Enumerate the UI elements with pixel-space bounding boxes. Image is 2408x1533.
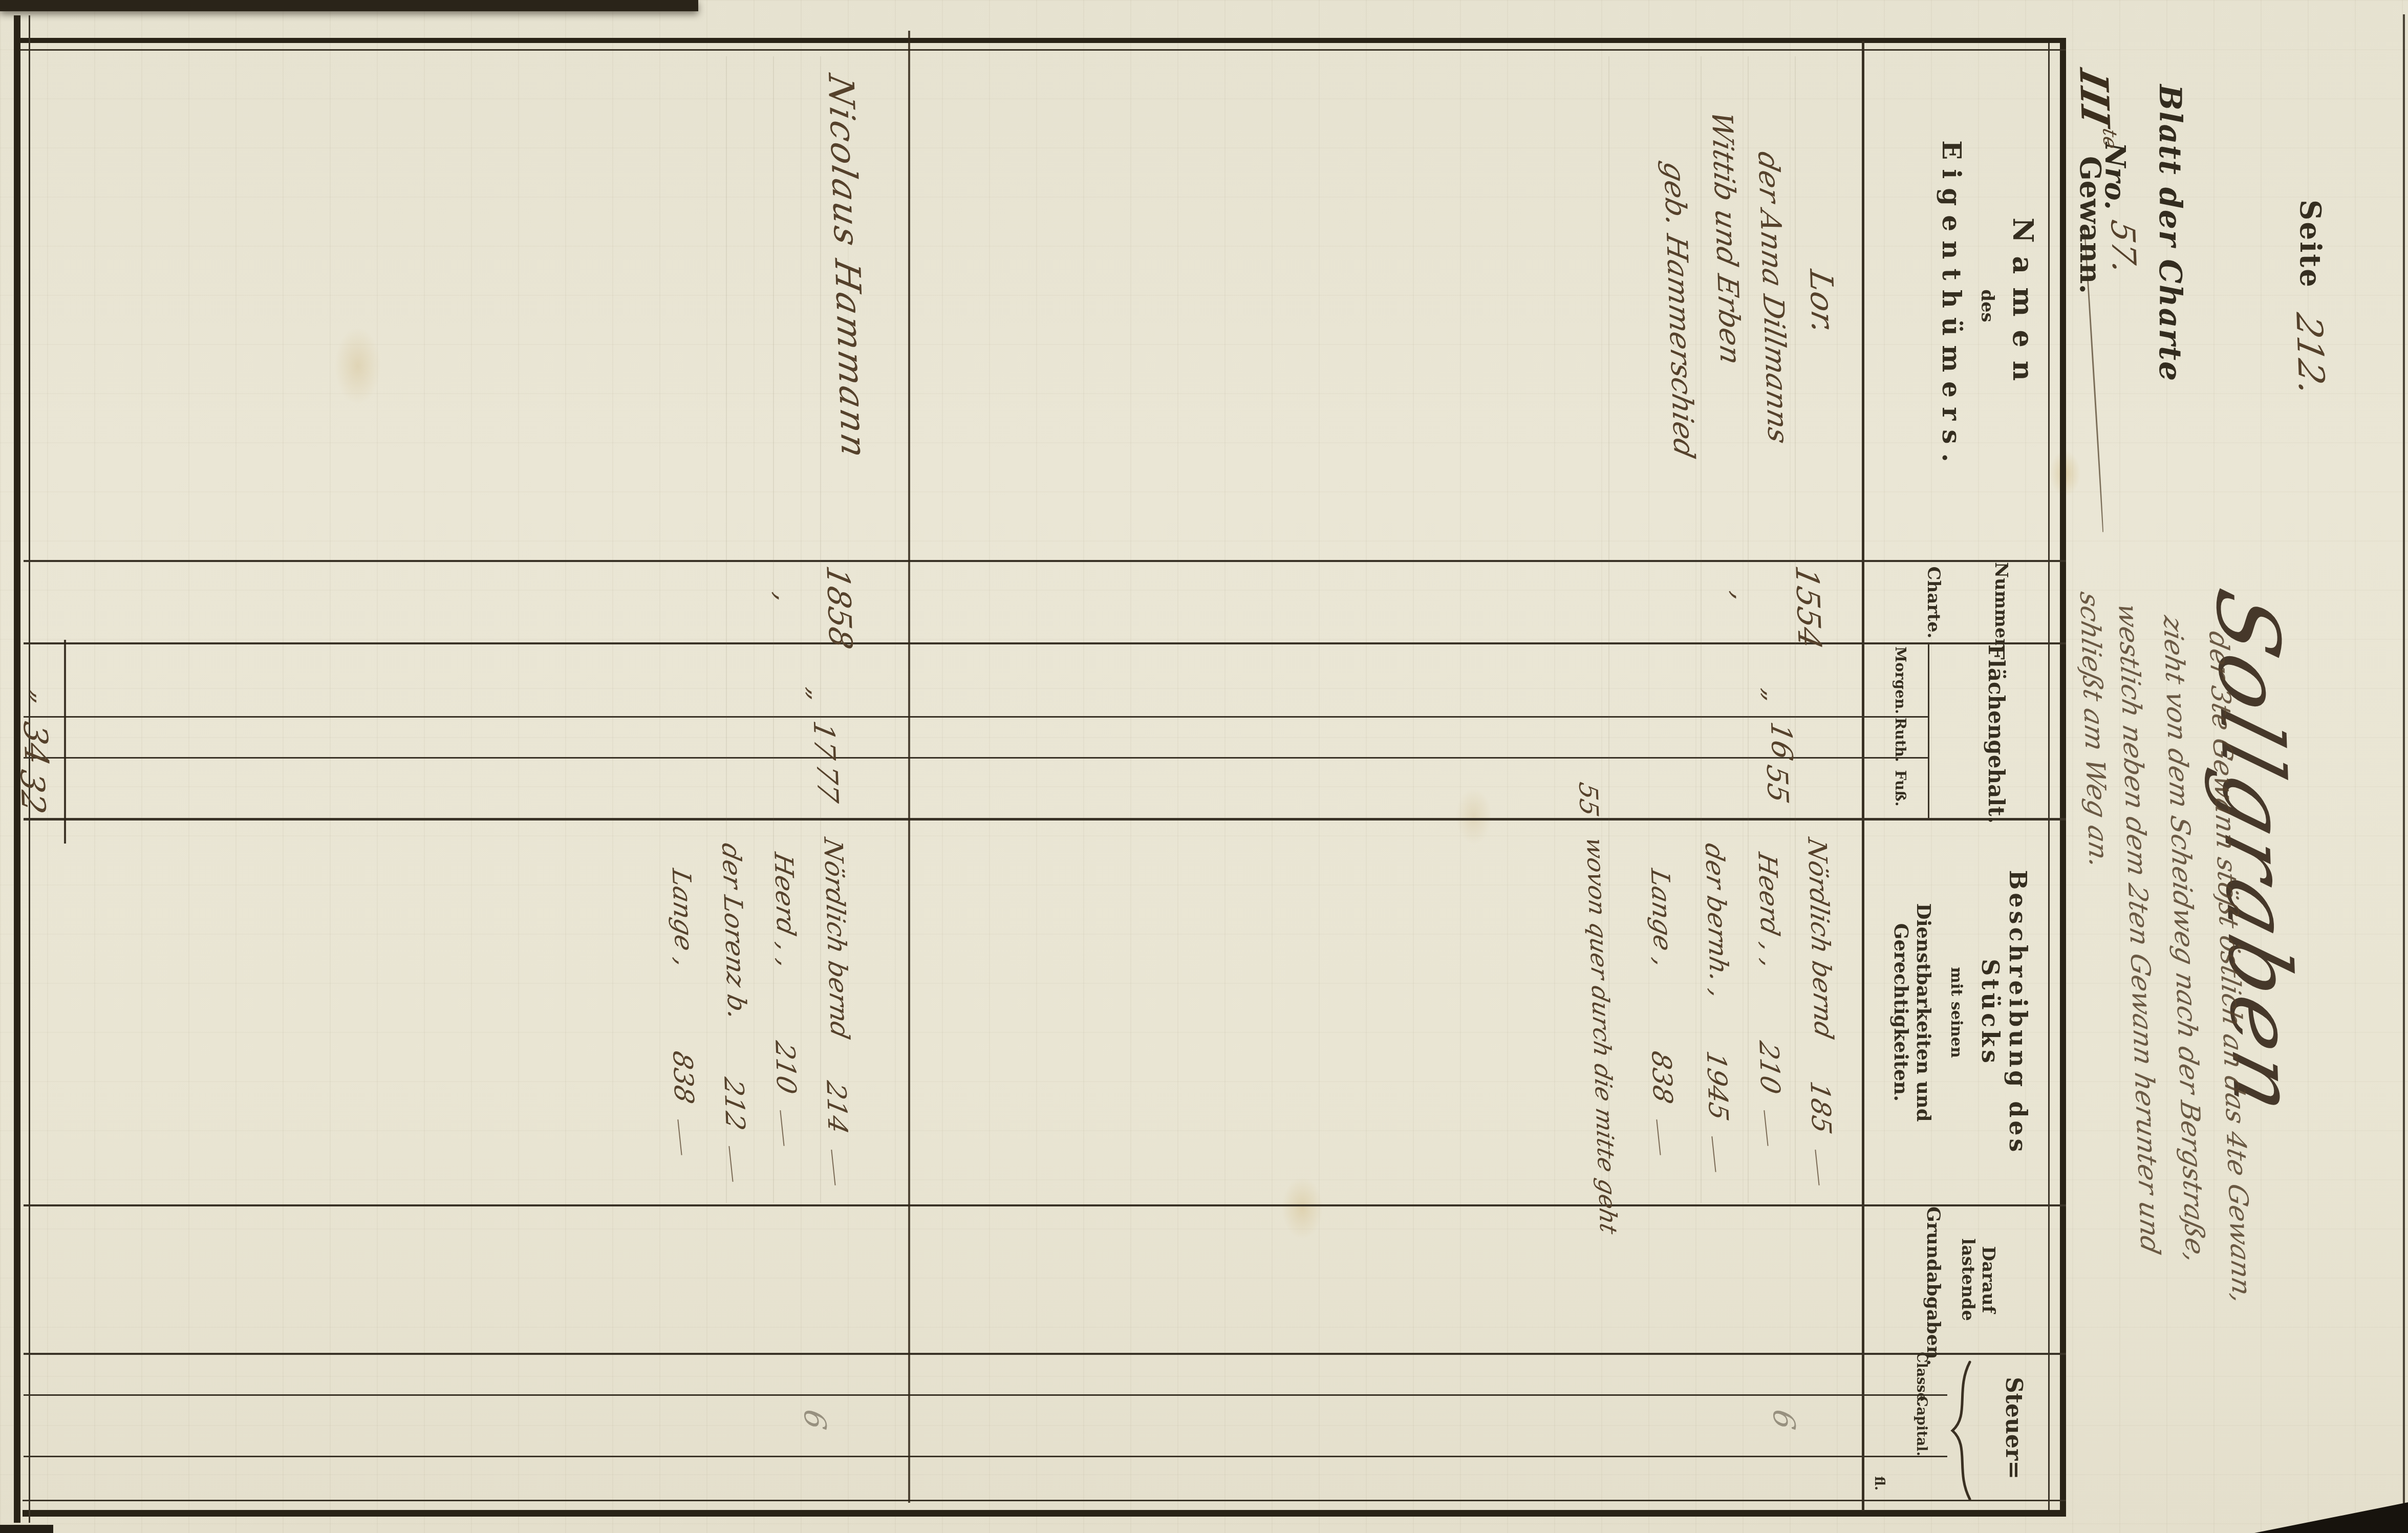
boundary-paragraph-line: westlich neben dem 2ten Gewann herunter …: [2112, 600, 2165, 1257]
header-nummer-line2: Charte.: [1923, 562, 1944, 643]
row2-charte-number: 1858: [819, 563, 859, 653]
divider-capital-fl: [24, 1456, 1947, 1457]
row2-ruth-value: 17: [807, 718, 841, 762]
blatt-der-charte-label: Blatt der Charte: [2152, 84, 2188, 382]
header-nummer: Nummer Charte.: [1923, 562, 2011, 643]
flourish-dash: [728, 1146, 733, 1182]
flourish-dash: [1764, 1110, 1768, 1146]
table-border-bottom-thin: [29, 15, 30, 1523]
header-beschreibung-line3: Dienstbarkeiten und Gerechtigkeiten.: [1890, 821, 1935, 1204]
flourish-dash: [780, 1110, 784, 1146]
row1-beschreibung-text: der bernh. ‚: [1700, 841, 1734, 1002]
row1-beschreibung-line: Nördlich bernd 185: [1805, 839, 1836, 1186]
row2-steuer-classe-value: 6: [797, 1407, 833, 1432]
flourish-dash: [1711, 1136, 1716, 1172]
header-sub-fl-unit: fl.: [1872, 1458, 1887, 1509]
divider-flaeche-subheader: [1928, 642, 1929, 821]
row1-beschreibung-line: wovon quer durch die mitte geht: [1588, 839, 1616, 1232]
row1-morgen-value: „: [1758, 687, 1788, 707]
corner-nub-bottom-right: [0, 1525, 53, 1533]
row2-beschreibung-line: Lange ‚ 838: [668, 870, 698, 1156]
totals-morgen-value: „: [27, 688, 58, 709]
row2-beschreibung-text: der Lorenz b.: [716, 840, 752, 1023]
row2-morgen-value: „: [803, 686, 833, 706]
row2-beschreibung-num: 212: [718, 1075, 750, 1133]
seite-number: 212.: [2288, 310, 2332, 400]
header-namen-line1: Namen: [2007, 51, 2039, 560]
totals-fuss-value: 32: [13, 767, 52, 817]
writing-guide: [726, 56, 727, 1203]
table-border-right-thin: [23, 1500, 2066, 1501]
header-bottom-rule: [1862, 41, 1864, 1511]
page-left-dark-band: [0, 0, 698, 11]
row2-beschreibung-line: der Lorenz b. 212: [719, 845, 749, 1182]
flourish-dash: [677, 1119, 682, 1155]
row2-beschreibung-line: Nördlich bernd 214: [821, 839, 852, 1186]
divider-namen-nummer: [24, 560, 2066, 562]
corner-wedge-top-right: [2254, 1502, 2408, 1533]
row1-beschreibung-num: 210: [1753, 1039, 1785, 1096]
header-abgaben: Darauf lastende Grundabgaben.: [1923, 1206, 1998, 1353]
row2-beschreibung-line: Heerd ‚ ‚ 210: [770, 854, 801, 1147]
steuer-brace-icon: [1947, 1359, 1973, 1502]
divider-ruth-fuss: [24, 757, 1928, 759]
header-beschreibung-line2: mit seinen: [1947, 821, 1965, 1204]
row1-owner-line: der Anna Dillmanns: [1751, 149, 1795, 447]
writing-guide: [1748, 56, 1749, 1203]
row1-charte-mark: ‚: [1726, 589, 1759, 606]
header-sub-ruth: Ruth.: [1892, 718, 1909, 757]
table-border-right-thick: [23, 1510, 2066, 1517]
row1-beschreibung-num: 838: [1645, 1048, 1678, 1106]
row1-beschreibung-line: Heerd ‚ ‚ 210: [1754, 854, 1784, 1147]
header-sub-capital: Capital.: [1913, 1395, 1929, 1457]
divider-morgen-ruth: [24, 716, 1928, 718]
paper-stain: [1456, 788, 1492, 845]
header-flaechengehalt: Flächengehalt.: [1984, 644, 2009, 818]
table-border-top-thin: [2048, 41, 2050, 1514]
row1-beschreibung-line: Lange ‚ 838: [1646, 870, 1677, 1156]
divider-classe-capital: [24, 1394, 1947, 1396]
row2-owner-line: Nicolaus Hammann: [820, 71, 874, 464]
row1-fuss-extra-value: 55: [1573, 780, 1604, 819]
row1-beschreibung-num: 1945: [1701, 1048, 1734, 1123]
row1-owner-line: Lor.: [1802, 267, 1842, 338]
row1-owner-line: Wittib und Erben: [1705, 108, 1747, 368]
header-nummer-line1: Nummer: [1991, 562, 2011, 643]
table-border-left-thin: [18, 49, 2066, 51]
totals-sum-line: [64, 640, 66, 844]
paper-stain: [335, 328, 381, 404]
nro-value: 57.: [2103, 217, 2143, 277]
header-sub-morgen: Morgen.: [1892, 644, 1909, 716]
divider-beschreibung-abgaben: [24, 1204, 2066, 1206]
header-abgaben-line2: Grundabgaben.: [1923, 1206, 1944, 1353]
table-border-left-thick: [18, 38, 2066, 43]
scan-canvas: Seite 212. Blatt der Charte Nro. 57. III…: [0, 0, 2408, 1533]
header-namen-line2: des: [1977, 51, 1997, 560]
header-sub-fuss: Fuß.: [1892, 759, 1909, 818]
header-beschreibung: Beschreibung des Stücks mit seinen Diens…: [1890, 821, 2032, 1204]
row1-beschreibung-text: wovon quer durch die mitte geht: [1581, 835, 1623, 1237]
flourish-dash: [1815, 1150, 1819, 1185]
row1-owner-line: geb. Hammerschied: [1657, 159, 1701, 461]
row1-beschreibung-text: Heerd ‚ ‚: [1752, 850, 1786, 971]
row1-beschreibung-text: Nördlich bernd: [1802, 835, 1838, 1042]
row2-beschreibung-num: 838: [666, 1048, 699, 1106]
writing-guide: [1608, 56, 1609, 1203]
divider-abgaben-steuer: [24, 1353, 2066, 1355]
row2-fuss-value: 77: [810, 761, 844, 805]
divider-flaeche-beschreibung: [24, 818, 2066, 821]
totals-ruth-value: 34: [16, 719, 55, 769]
header-namen: Namen des Eigenthümers.: [1937, 51, 2039, 560]
row1-steuer-classe-value: 6: [1766, 1407, 1802, 1432]
flourish-dash: [1656, 1119, 1661, 1155]
row1-ruth-value: 16: [1764, 719, 1798, 763]
gewann-number: III: [2071, 66, 2118, 131]
writing-guide: [1795, 56, 1796, 1203]
header-sub-classe: Classe.: [1913, 1352, 1929, 1396]
page-top-edge: [2403, 14, 2405, 1529]
row2-beschreibung-num: 214: [820, 1078, 852, 1136]
row1-beschreibung-line: der bernh. ‚ 1945: [1702, 845, 1732, 1173]
table-border-top-thick: [2060, 41, 2066, 1514]
seite-label: Seite: [2293, 200, 2327, 289]
boundary-paragraph-line: schließt am Weg an.: [2074, 589, 2114, 871]
row1-beschreibung-num: 185: [1804, 1078, 1836, 1136]
header-steuer: Steuer=: [2001, 1355, 2027, 1501]
writing-guide: [820, 56, 821, 1203]
row1-fuss-value: 55: [1760, 762, 1794, 806]
row2-beschreibung-text: Lange ‚: [666, 867, 700, 970]
writing-guide: [773, 56, 774, 1203]
row2-beschreibung-text: Nördlich bernd: [818, 835, 854, 1042]
gewann-label: Gewann.: [2073, 156, 2107, 294]
divider-nummer-flaeche: [24, 642, 2066, 644]
writing-guide: [1701, 56, 1702, 1203]
header-abgaben-line1: Darauf lastende: [1958, 1206, 1998, 1353]
row1-beschreibung-text: Lange ‚: [1645, 867, 1679, 970]
row-separator-line: [908, 31, 910, 1503]
register-page: Seite 212. Blatt der Charte Nro. 57. III…: [0, 0, 2408, 1533]
header-namen-line3: Eigenthümers.: [1937, 51, 1967, 560]
header-beschreibung-line1: Beschreibung des Stücks: [1976, 821, 2032, 1204]
paper-stain: [1282, 1177, 1323, 1239]
flourish-dash: [831, 1150, 835, 1185]
